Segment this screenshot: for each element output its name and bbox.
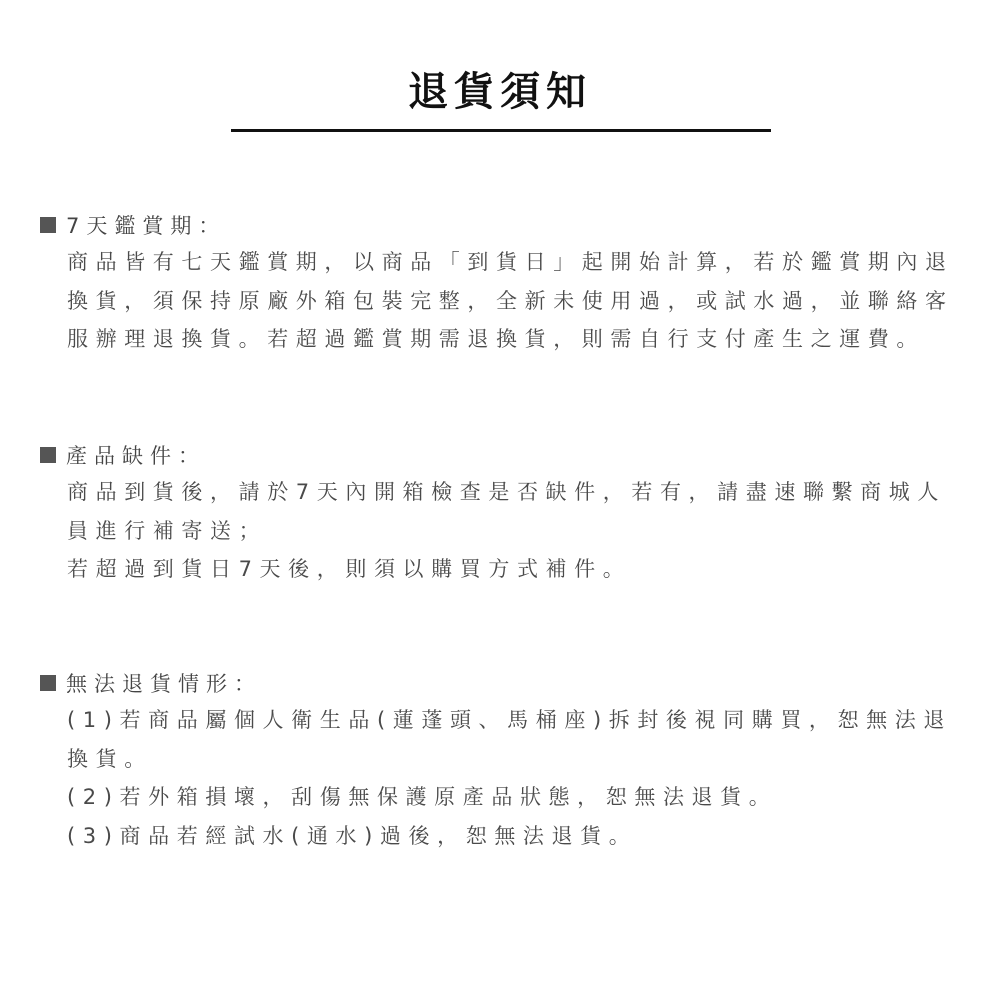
- section-body: 商品到貨後，請於7天內開箱檢查是否缺件，若有，請盡速聯繫商城人 員進行補寄送； …: [40, 473, 970, 589]
- body-line: 商品到貨後，請於7天內開箱檢查是否缺件，若有，請盡速聯繫商城人: [67, 473, 970, 512]
- section-missing-parts: 產品缺件： 商品到貨後，請於7天內開箱檢查是否缺件，若有，請盡速聯繫商城人 員進…: [40, 437, 970, 589]
- body-line: 換貨，須保持原廠外箱包裝完整，全新未使用過，或試水過，並聯絡客: [67, 282, 970, 321]
- square-bullet-icon: [40, 217, 56, 233]
- section-body: (1)若商品屬個人衛生品(蓮蓬頭、馬桶座)拆封後視同購買，恕無法退 換貨。 (2…: [40, 701, 970, 855]
- body-line: (3)商品若經試水(通水)過後，恕無法退貨。: [67, 817, 970, 856]
- body-line: 若超過到貨日7天後，則須以購買方式補件。: [67, 550, 970, 589]
- section-heading-text: 無法退貨情形：: [66, 668, 262, 698]
- square-bullet-icon: [40, 675, 56, 691]
- title-underline: [231, 129, 771, 132]
- body-line: 商品皆有七天鑑賞期，以商品「到貨日」起開始計算，若於鑑賞期內退: [67, 243, 970, 282]
- section-body: 商品皆有七天鑑賞期，以商品「到貨日」起開始計算，若於鑑賞期內退 換貨，須保持原廠…: [40, 243, 970, 359]
- body-line: 換貨。: [67, 740, 970, 779]
- body-line: 服辦理退換貨。若超過鑑賞期需退換貨，則需自行支付產生之運費。: [67, 320, 970, 359]
- section-appreciation-period: 7天鑑賞期： 商品皆有七天鑑賞期，以商品「到貨日」起開始計算，若於鑑賞期內退 換…: [40, 207, 970, 359]
- square-bullet-icon: [40, 447, 56, 463]
- section-non-returnable: 無法退貨情形： (1)若商品屬個人衛生品(蓮蓬頭、馬桶座)拆封後視同購買，恕無法…: [40, 665, 970, 855]
- page-title: 退貨須知: [0, 62, 1000, 122]
- section-heading: 7天鑑賞期：: [40, 207, 970, 243]
- section-heading: 無法退貨情形：: [40, 665, 970, 701]
- section-heading-text: 7天鑑賞期：: [66, 210, 226, 240]
- body-line: (1)若商品屬個人衛生品(蓮蓬頭、馬桶座)拆封後視同購買，恕無法退: [67, 701, 970, 740]
- body-line: (2)若外箱損壞，刮傷無保護原產品狀態，恕無法退貨。: [67, 778, 970, 817]
- section-heading: 產品缺件：: [40, 437, 970, 473]
- body-line: 員進行補寄送；: [67, 512, 970, 551]
- section-heading-text: 產品缺件：: [66, 440, 206, 470]
